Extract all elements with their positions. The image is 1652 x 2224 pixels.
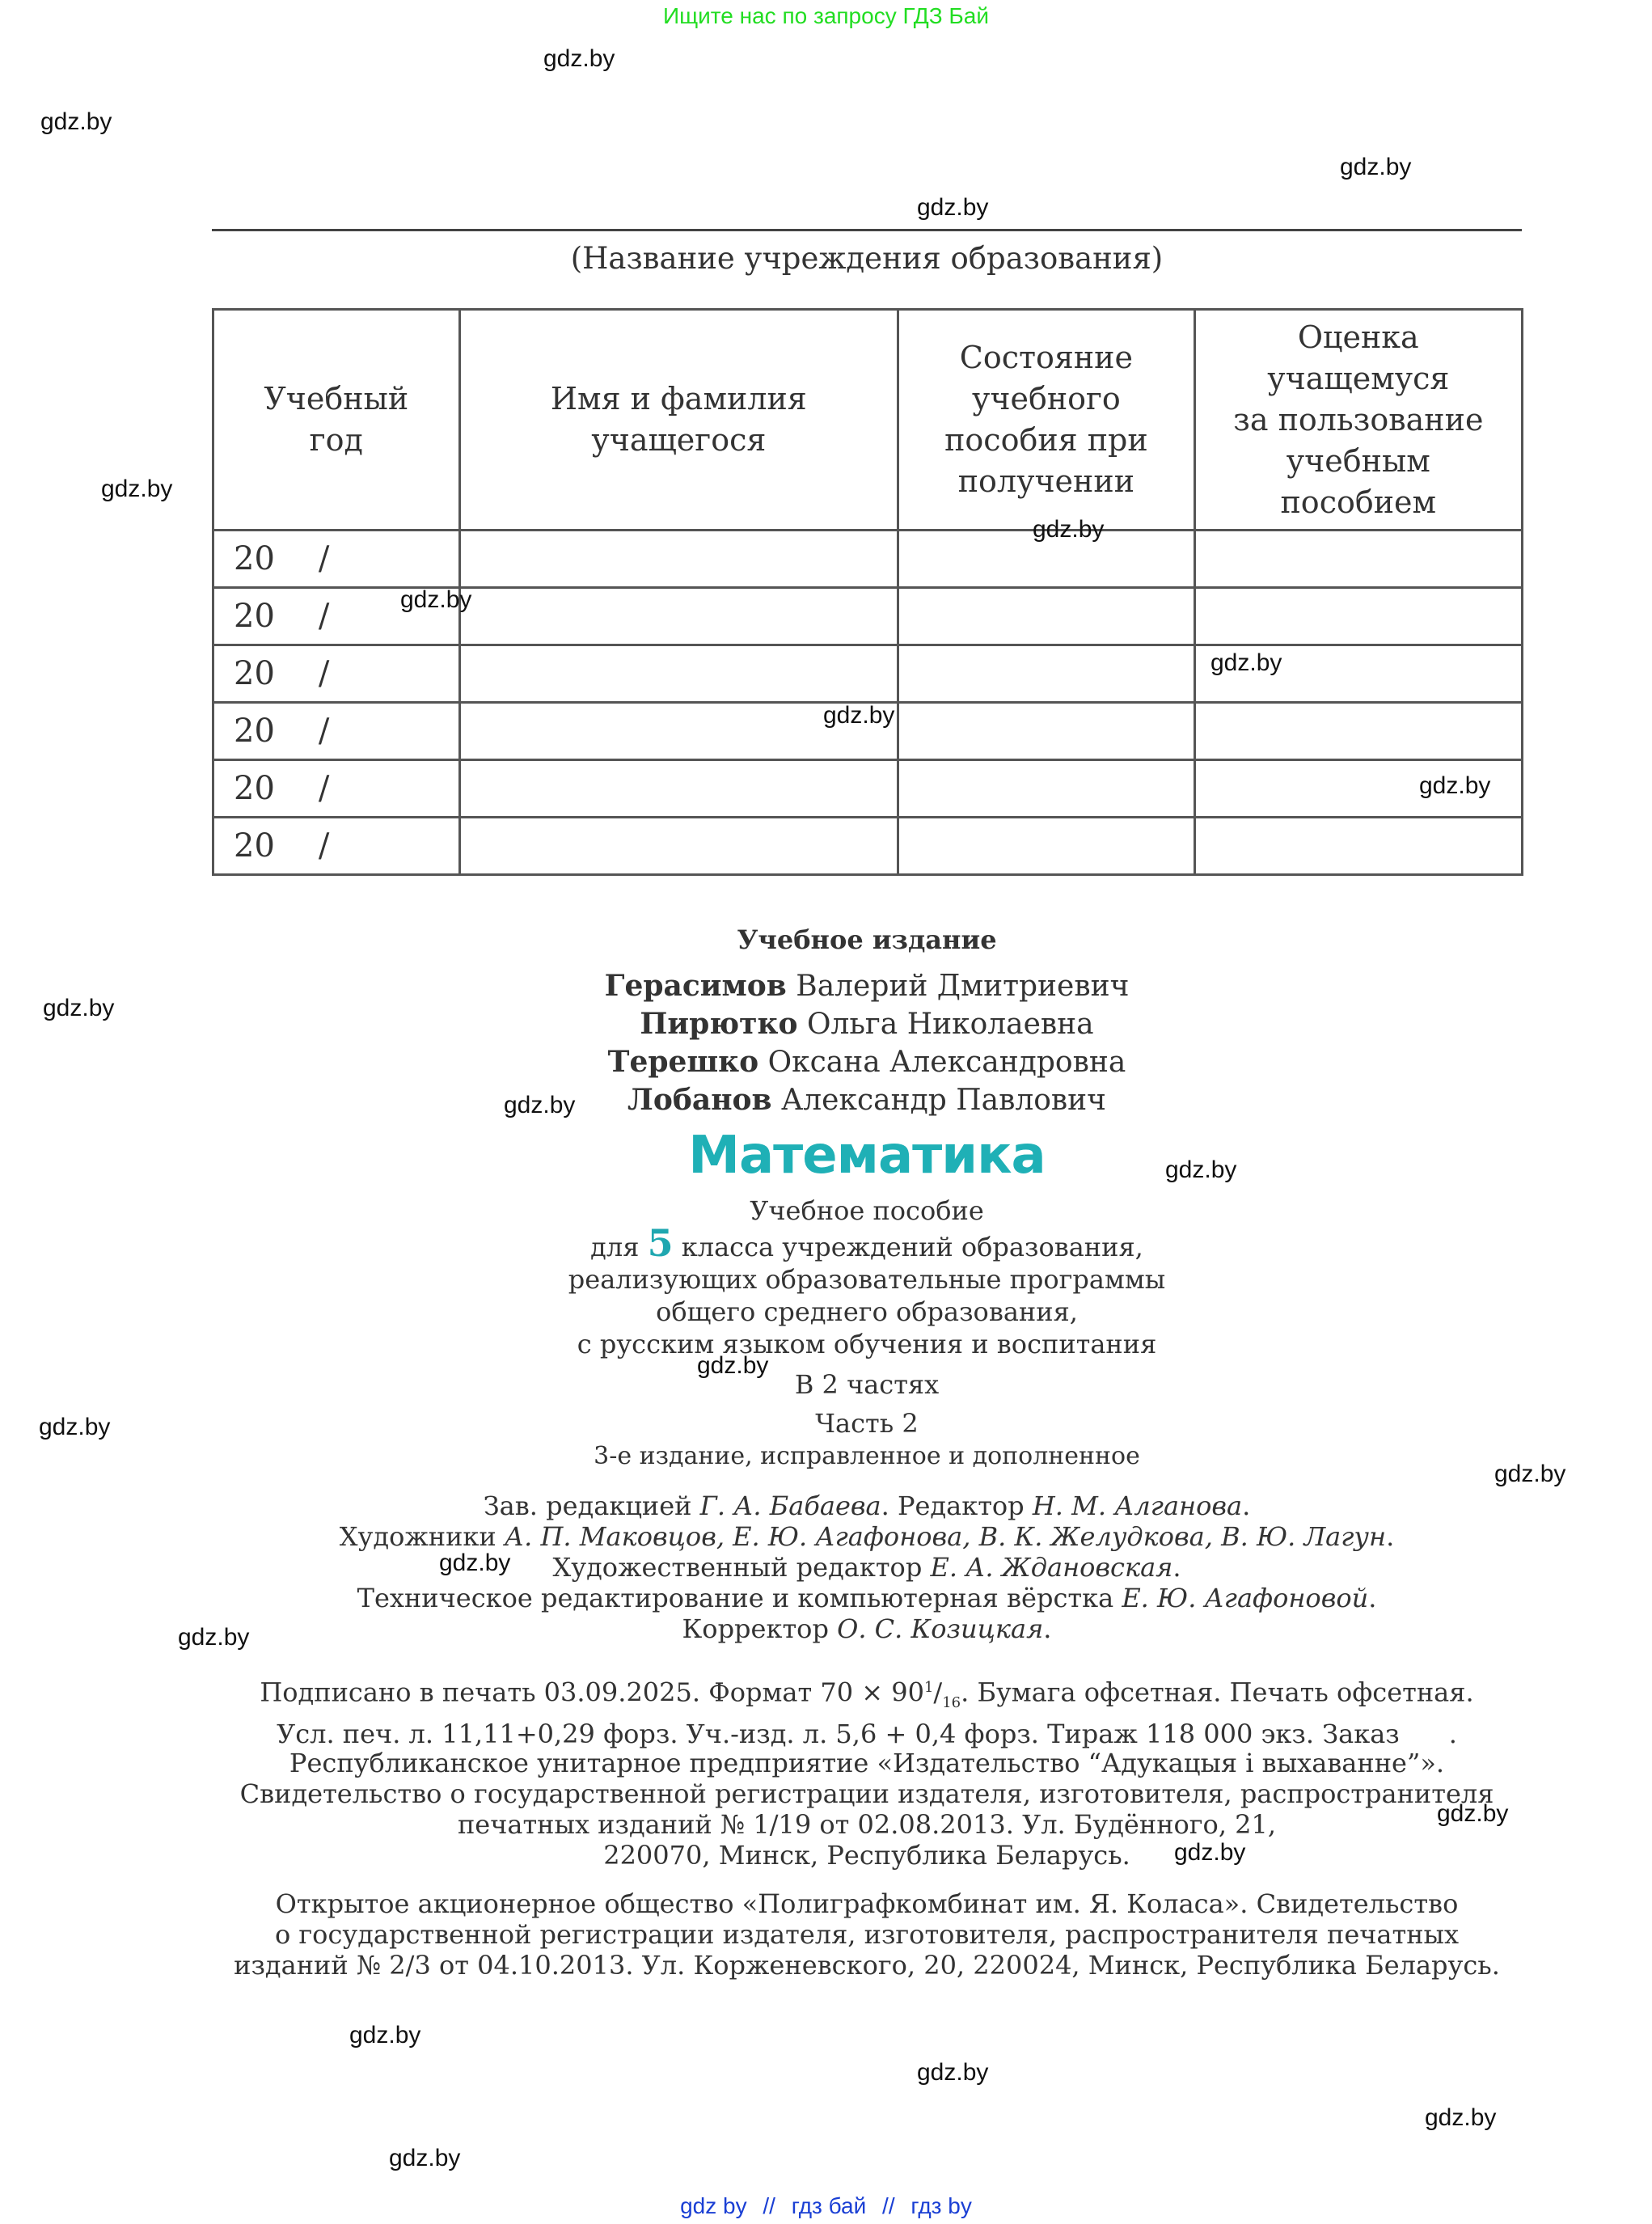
institution-line (212, 229, 1522, 231)
footer-separator: // (882, 2193, 895, 2218)
name-cell[interactable] (459, 645, 898, 703)
footer-links: gdz by // гдз бай // гдз by (0, 2193, 1652, 2219)
condition-cell[interactable] (898, 818, 1194, 875)
footer-separator: // (763, 2193, 775, 2218)
publisher-info: Республиканское унитарное предприятие «И… (212, 1748, 1522, 1871)
name-cell[interactable] (459, 760, 898, 818)
watermark: gdz.by (400, 586, 471, 614)
footer-link[interactable]: gdz by (680, 2193, 747, 2218)
watermark: gdz.by (1165, 1156, 1236, 1184)
grade-cell[interactable] (1194, 588, 1522, 645)
watermark: gdz.by (504, 1092, 575, 1119)
name-cell[interactable] (459, 818, 898, 875)
author: Лобанов Александр Павлович (212, 1081, 1522, 1119)
authors-list: Герасимов Валерий Дмитриевич Пирютко Оль… (212, 967, 1522, 1119)
grade-number: 5 (648, 1221, 674, 1265)
author: Терешко Оксана Александровна (212, 1043, 1522, 1081)
name-cell[interactable] (459, 588, 898, 645)
search-banner[interactable]: Ищите нас по запросу ГДЗ Бай (0, 3, 1652, 29)
watermark: gdz.by (39, 1414, 110, 1441)
institution-label: (Название учреждения образования) (212, 241, 1522, 276)
book-subtitle: Учебное пособие для 5 класса учреждений … (212, 1194, 1522, 1360)
watermark: gdz.by (1419, 772, 1490, 800)
edition-info: 3-е издание, исправленное и дополненное (212, 1442, 1522, 1470)
watermark: gdz.by (349, 2022, 420, 2049)
year-cell[interactable]: 20/ (213, 760, 460, 818)
printer-info: Открытое акционерное общество «Полиграфк… (212, 1888, 1522, 1981)
condition-cell[interactable] (898, 760, 1194, 818)
condition-cell[interactable] (898, 645, 1194, 703)
watermark: gdz.by (1437, 1800, 1508, 1828)
edition-type: Учебное издание (212, 924, 1522, 955)
watermark: gdz.by (1425, 2104, 1496, 2132)
watermark: gdz.by (1340, 154, 1411, 181)
watermark: gdz.by (40, 108, 112, 136)
watermark: gdz.by (917, 2059, 988, 2087)
watermark: gdz.by (101, 476, 172, 503)
book-title: Математика (212, 1126, 1522, 1186)
watermark: gdz.by (389, 2145, 460, 2172)
credits: Зав. редакцией Г. А. Бабаева. Редактор Н… (212, 1490, 1522, 1644)
parts-info: В 2 частях Часть 2 (212, 1365, 1522, 1443)
table-row: 20/ (213, 645, 1523, 703)
watermark: gdz.by (1174, 1839, 1245, 1867)
condition-cell[interactable] (898, 703, 1194, 760)
year-cell[interactable]: 20/ (213, 645, 460, 703)
header-school-year: Учебныйгод (213, 310, 460, 531)
author: Пирютко Ольга Николаевна (212, 1005, 1522, 1043)
header-student-name: Имя и фамилияучащегося (459, 310, 898, 531)
grade-cell[interactable] (1194, 818, 1522, 875)
watermark: gdz.by (1033, 516, 1104, 543)
condition-cell[interactable] (898, 588, 1194, 645)
footer-link[interactable]: гдз by (911, 2193, 971, 2218)
table-row: 20/ (213, 531, 1523, 588)
year-cell[interactable]: 20/ (213, 703, 460, 760)
watermark: gdz.by (43, 995, 114, 1022)
header-condition: Состояниеучебногопособия приполучении (898, 310, 1194, 531)
year-cell[interactable]: 20/ (213, 818, 460, 875)
footer-link[interactable]: гдз бай (792, 2193, 867, 2218)
print-info: Подписано в печать 03.09.2025. Формат 70… (212, 1672, 1522, 1749)
header-grade: Оценкаучащемусяза пользованиеучебнымпосо… (1194, 310, 1522, 531)
author: Герасимов Валерий Дмитриевич (212, 967, 1522, 1005)
grade-cell[interactable] (1194, 531, 1522, 588)
table-row: 20/ (213, 818, 1523, 875)
watermark: gdz.by (823, 702, 894, 729)
watermark: gdz.by (917, 194, 988, 222)
grade-cell[interactable] (1194, 703, 1522, 760)
watermark: gdz.by (1494, 1461, 1565, 1488)
table-header-row: Учебныйгод Имя и фамилияучащегося Состоя… (213, 310, 1523, 531)
watermark: gdz.by (697, 1352, 768, 1380)
year-cell[interactable]: 20/ (213, 531, 460, 588)
watermark: gdz.by (178, 1624, 249, 1651)
watermark: gdz.by (439, 1550, 510, 1577)
table-row: 20/ (213, 760, 1523, 818)
watermark: gdz.by (543, 45, 615, 73)
watermark: gdz.by (1210, 649, 1282, 677)
name-cell[interactable] (459, 531, 898, 588)
